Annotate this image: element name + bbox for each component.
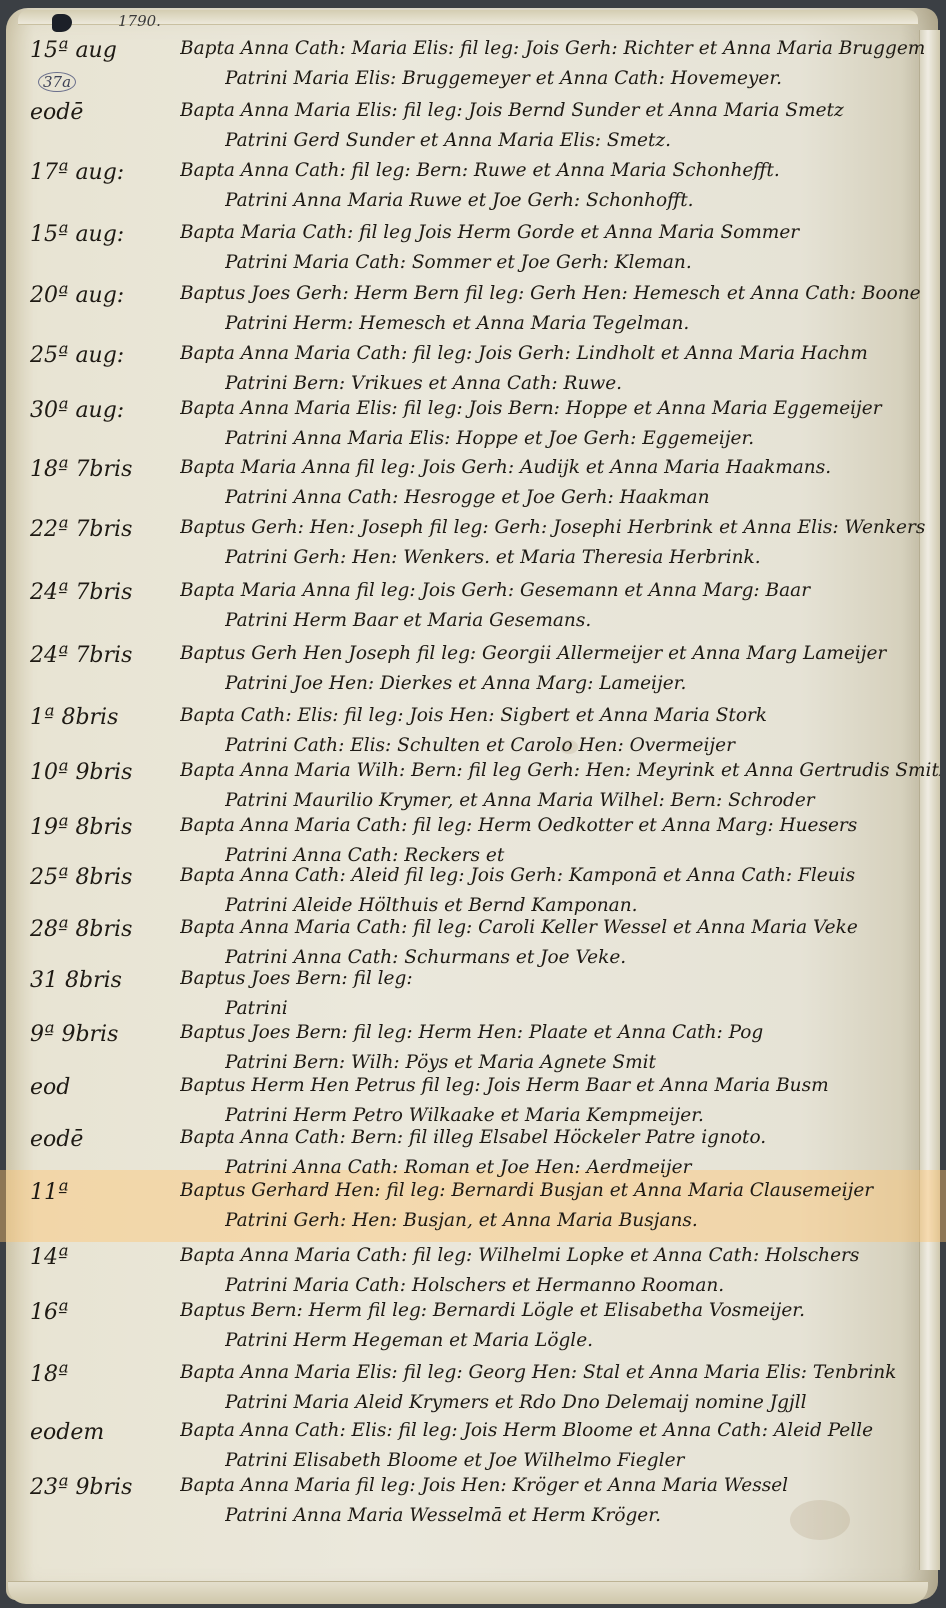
entry-godparents-line: Patrini Gerd Sunder et Anna Maria Elis: … [225, 130, 925, 151]
entry-godparents-line: Patrini Anna Cath: Reckers et [225, 845, 925, 866]
entry-godparents-line: Patrini Herm Baar et Maria Gesemans. [225, 610, 925, 631]
entry-date: 22ª 7bris [30, 517, 132, 542]
entry-date: 31 8bris [30, 968, 122, 993]
entry-baptism-line: Bapta Anna Maria Elis: fil leg: Jois Ber… [180, 100, 940, 121]
entry-baptism-line: Baptus Joes Gerh: Herm Bern fil leg: Ger… [180, 283, 940, 304]
entry-baptism-line: Bapta Maria Cath: fil leg Jois Herm Gord… [180, 222, 940, 243]
entry-baptism-line: Bapta Anna Cath: Elis: fil leg: Jois Her… [180, 1420, 940, 1441]
entry-godparents-line: Patrini Elisabeth Bloome et Joe Wilhelmo… [225, 1450, 925, 1471]
entry-date: 15ª aug [30, 38, 117, 63]
entry-date: eodē [30, 1127, 83, 1152]
entry-baptism-line: Bapta Anna Cath: Bern: fil illeg Elsabel… [180, 1127, 940, 1148]
entry-godparents-line: Patrini Maria Elis: Bruggemeyer et Anna … [225, 68, 925, 89]
entry-date: 20ª aug: [30, 283, 124, 308]
entry-date: 17ª aug: [30, 160, 124, 185]
entry-baptism-line: Bapta Anna Cath: Aleid fil leg: Jois Ger… [180, 865, 940, 886]
year-note: 1790. [118, 12, 161, 30]
entry-baptism-line: Bapta Maria Anna fil leg: Jois Gerh: Ges… [180, 580, 940, 601]
entry-godparents-line: Patrini Gerh: Hen: Busjan, et Anna Maria… [225, 1210, 925, 1231]
entry-baptism-line: Bapta Anna Maria Cath: fil leg: Caroli K… [180, 917, 940, 938]
entry-baptism-line: Baptus Gerh Hen Joseph fil leg: Georgii … [180, 643, 940, 664]
page-number: 37a [38, 72, 76, 92]
entry-date: 25ª 8bris [30, 865, 132, 890]
entry-godparents-line: Patrini Herm Hegeman et Maria Lögle. [225, 1330, 925, 1351]
entry-baptism-line: Bapta Anna Maria Cath: fil leg: Jois Ger… [180, 343, 940, 364]
entry-godparents-line: Patrini Anna Maria Ruwe et Joe Gerh: Sch… [225, 190, 925, 211]
entry-date: 14ª [30, 1245, 68, 1270]
entry-godparents-line: Patrini Maria Cath: Sommer et Joe Gerh: … [225, 252, 925, 273]
entry-baptism-line: Baptus Bern: Herm fil leg: Bernardi Lögl… [180, 1300, 940, 1321]
entry-godparents-line: Patrini Maurilio Krymer, et Anna Maria W… [225, 790, 925, 811]
entry-godparents-line: Patrini Gerh: Hen: Wenkers. et Maria The… [225, 547, 925, 568]
entry-godparents-line: Patrini Herm: Hemesch et Anna Maria Tege… [225, 313, 925, 334]
entry-godparents-line: Patrini Herm Petro Wilkaake et Maria Kem… [225, 1105, 925, 1126]
entry-baptism-line: Bapta Anna Cath: Maria Elis: fil leg: Jo… [180, 38, 940, 59]
entry-date: eod [30, 1075, 70, 1100]
entry-baptism-line: Bapta Anna Maria Elis: fil leg: Jois Ber… [180, 398, 940, 419]
entry-date: 30ª aug: [30, 398, 124, 423]
entry-baptism-line: Bapta Anna Maria fil leg: Jois Hen: Krög… [180, 1475, 940, 1496]
entry-godparents-line: Patrini Anna Maria Wesselmā et Herm Krög… [225, 1505, 925, 1526]
entry-godparents-line: Patrini Anna Cath: Schurmans et Joe Veke… [225, 947, 925, 968]
entry-baptism-line: Bapta Cath: Elis: fil leg: Jois Hen: Sig… [180, 705, 940, 726]
entry-date: 18ª 7bris [30, 457, 132, 482]
entry-godparents-line: Patrini Anna Maria Elis: Hoppe et Joe Ge… [225, 428, 925, 449]
entry-date: 9ª 9bris [30, 1022, 118, 1047]
entry-godparents-line: Patrini Aleide Hölthuis et Bernd Kampona… [225, 895, 925, 916]
entry-date: 28ª 8bris [30, 917, 132, 942]
entry-date: 1ª 8bris [30, 705, 118, 730]
entry-date: 10ª 9bris [30, 760, 132, 785]
entry-date: 24ª 7bris [30, 643, 132, 668]
page-edge-bottom [8, 1581, 928, 1604]
entry-date: 16ª [30, 1300, 68, 1325]
entry-date: eodem [30, 1420, 104, 1445]
entry-baptism-line: Baptus Herm Hen Petrus fil leg: Jois Her… [180, 1075, 940, 1096]
entry-date: 19ª 8bris [30, 815, 132, 840]
entry-baptism-line: Bapta Anna Cath: fil leg: Bern: Ruwe et … [180, 160, 940, 181]
entry-godparents-line: Patrini Maria Cath: Holschers et Hermann… [225, 1275, 925, 1296]
entry-date: 18ª [30, 1362, 68, 1387]
entry-baptism-line: Baptus Gerh: Hen: Joseph fil leg: Gerh: … [180, 517, 940, 538]
entry-godparents-line: Patrini Bern: Vrikues et Anna Cath: Ruwe… [225, 373, 925, 394]
entry-godparents-line: Patrini Anna Cath: Hesrogge et Joe Gerh:… [225, 487, 925, 508]
entry-date: 23ª 9bris [30, 1475, 132, 1500]
entry-baptism-line: Baptus Joes Bern: fil leg: Herm Hen: Pla… [180, 1022, 940, 1043]
entry-baptism-line: Bapta Maria Anna fil leg: Jois Gerh: Aud… [180, 457, 940, 478]
entry-date: 11ª [30, 1180, 68, 1205]
entry-godparents-line: Patrini Bern: Wilh: Pöys et Maria Agnete… [225, 1052, 925, 1073]
entry-date: eodē [30, 100, 83, 125]
entry-date: 24ª 7bris [30, 580, 132, 605]
entry-godparents-line: Patrini [225, 998, 925, 1019]
entry-godparents-line: Patrini Cath: Elis: Schulten et Carolo H… [225, 735, 925, 756]
entry-baptism-line: Baptus Gerhard Hen: fil leg: Bernardi Bu… [180, 1180, 940, 1201]
entry-baptism-line: Baptus Joes Bern: fil leg: [180, 968, 940, 989]
entry-baptism-line: Bapta Anna Maria Elis: fil leg: Georg He… [180, 1362, 940, 1383]
entry-godparents-line: Patrini Anna Cath: Roman et Joe Hen: Aer… [225, 1157, 925, 1178]
entry-baptism-line: Bapta Anna Maria Cath: fil leg: Herm Oed… [180, 815, 940, 836]
entry-baptism-line: Bapta Anna Maria Cath: fil leg: Wilhelmi… [180, 1245, 940, 1266]
entry-godparents-line: Patrini Maria Aleid Krymers et Rdo Dno D… [225, 1392, 925, 1413]
entry-baptism-line: Bapta Anna Maria Wilh: Bern: fil leg Ger… [180, 760, 940, 781]
entry-date: 25ª aug: [30, 343, 124, 368]
entry-godparents-line: Patrini Joe Hen: Dierkes et Anna Marg: L… [225, 673, 925, 694]
entry-date: 15ª aug: [30, 222, 124, 247]
